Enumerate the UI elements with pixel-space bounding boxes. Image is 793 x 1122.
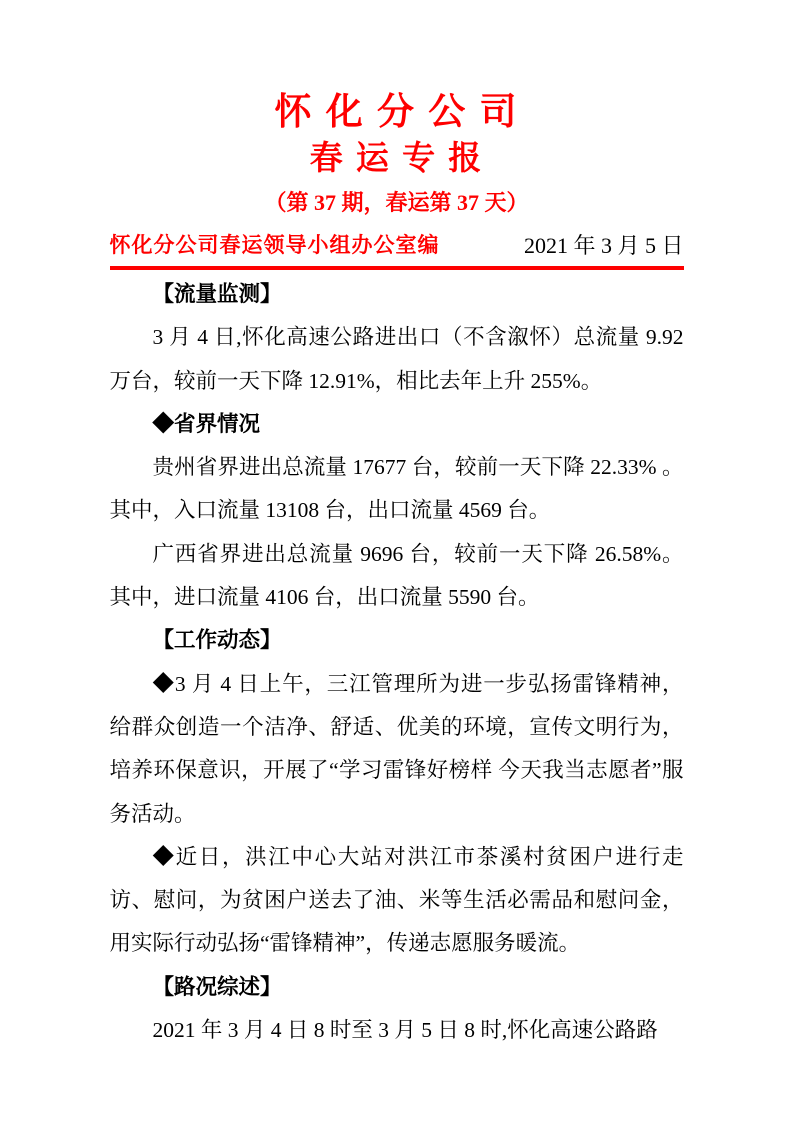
- para-sanjiang-leifeng-activity: ◆3 月 4 日上午，三江管理所为进一步弘扬雷锋精神，给群众创造一个洁净、舒适、…: [110, 663, 684, 836]
- para-guizhou-border: 贵州省界进出总流量 17677 台，较前一天下降 22.33% 。其中，入口流量…: [110, 446, 684, 533]
- editor-name: 怀化分公司春运领导小组办公室编: [110, 233, 440, 259]
- report-date: 2021 年 3 月 5 日: [524, 233, 684, 259]
- para-road-conditions: 2021 年 3 月 4 日 8 时至 3 月 5 日 8 时,怀化高速公路路: [110, 1009, 684, 1052]
- subsection-heading-province-border: ◆省界情况: [110, 403, 684, 446]
- para-total-flow: 3 月 4 日,怀化高速公路进出口（不含溆怀）总流量 9.92 万台，较前一天下…: [110, 316, 684, 403]
- document-body: 【流量监测】 3 月 4 日,怀化高速公路进出口（不含溆怀）总流量 9.92 万…: [110, 273, 684, 1052]
- para-hongjiang-poverty-visit: ◆近日，洪江中心大站对洪江市茶溪村贫困户进行走访、慰问，为贫困户送去了油、米等生…: [110, 836, 684, 966]
- doc-title-report: 春 运 专 报: [110, 137, 684, 179]
- document-page: 怀 化 分 公 司 春 运 专 报 （第 37 期，春运第 37 天） 怀化分公…: [110, 0, 684, 1052]
- section-heading-traffic-monitor: 【流量监测】: [110, 273, 684, 316]
- editor-row: 怀化分公司春运领导小组办公室编 2021 年 3 月 5 日: [110, 233, 684, 270]
- section-heading-work-updates: 【工作动态】: [110, 619, 684, 662]
- para-guangxi-border: 广西省界进出总流量 9696 台，较前一天下降 26.58%。其中，进口流量 4…: [110, 533, 684, 620]
- doc-title-company: 怀 化 分 公 司: [110, 90, 684, 134]
- section-heading-road-summary: 【路况综述】: [110, 966, 684, 1009]
- issue-info: （第 37 期，春运第 37 天）: [110, 187, 684, 219]
